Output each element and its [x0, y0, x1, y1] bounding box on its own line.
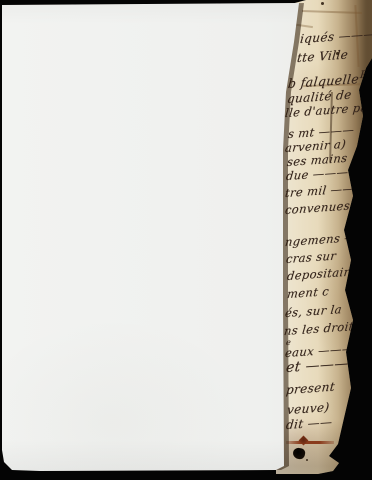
red-ink-flourish	[286, 441, 334, 444]
manuscript-text-line: R	[359, 69, 368, 81]
scan-background: iqués ———tte Villeb falquelleRqualité de…	[0, 0, 372, 480]
paper-speck	[336, 52, 339, 55]
paper-speck	[306, 459, 308, 461]
paper-speck	[321, 2, 324, 5]
